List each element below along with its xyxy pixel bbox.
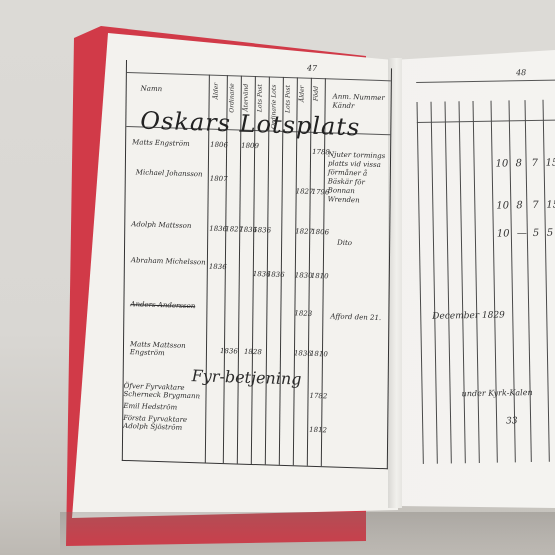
entry-value: 15 <box>546 200 555 211</box>
column-rule <box>473 101 480 463</box>
row-value: 1810 <box>310 350 328 359</box>
row-name: Abraham Michelsson <box>131 256 206 266</box>
row-value: 1807 <box>210 175 228 184</box>
header-col: Återvänd <box>242 84 249 112</box>
entry-value: 8 <box>516 200 523 211</box>
entry-value: 15 <box>546 158 555 169</box>
entry-value: 7 <box>532 158 539 169</box>
entry-value: 10 <box>496 200 509 211</box>
column-rule <box>445 101 452 463</box>
row-value: 1810 <box>311 272 329 281</box>
row-name: Adolph Mattsson <box>131 220 191 230</box>
row-name: Michael Johansson <box>136 168 203 178</box>
left-ledger-table: Namn 47 Ålder Ordinarie Återvänd Lots Po… <box>122 60 392 469</box>
row-value: 1836 <box>253 226 271 235</box>
row-value: 1812 <box>309 426 327 435</box>
row-value: 1823 <box>294 309 312 318</box>
row-value: 1836 <box>209 263 227 272</box>
row-name: Emil Hedström <box>123 402 177 412</box>
header-col: Ålder <box>213 83 220 100</box>
column-rule <box>431 102 438 464</box>
row-value: 1809 <box>241 142 259 151</box>
header-col: Ålder <box>299 85 306 102</box>
row-value: 1836 <box>220 347 238 356</box>
book-shadow <box>60 512 555 555</box>
entry-value: — <box>517 228 527 239</box>
book-photo: Namn 47 Ålder Ordinarie Återvänd Lots Po… <box>0 0 555 555</box>
row-name: Öfver Fyrvaktare Scherneck Brygmann <box>123 382 203 401</box>
header-col: Född <box>313 86 320 101</box>
right-ledger-table: 48 10 8 7 15 10 8 7 15 10 — 5 5 December… <box>416 69 555 464</box>
header-bottom-rule <box>417 119 555 123</box>
row-note: Afford den 21. <box>330 312 381 323</box>
row-name: Första Fyrvaktare Adolph Sjöström <box>123 414 203 433</box>
header-name: Namn <box>141 84 163 93</box>
row-value: 1796 <box>312 188 330 197</box>
row-name-struck: Anders Andersson <box>130 300 195 310</box>
ledger-title: Oskars Lotsplats <box>140 106 360 141</box>
row-value: 1806 <box>210 141 228 150</box>
row-value: 1836 <box>267 270 285 279</box>
row-value: 1782 <box>309 392 327 401</box>
header-top-rule <box>127 72 391 81</box>
header-remarks: Anm. Nummer Kändr <box>333 92 389 112</box>
date-note: December 1829 <box>432 310 505 321</box>
column-rule <box>543 100 550 462</box>
row-value: 1828 <box>244 348 262 357</box>
bottom-mark: 33 <box>506 416 518 426</box>
left-page-number: 47 <box>307 64 317 73</box>
entry-value: 5 <box>533 228 540 239</box>
right-page-number: 48 <box>516 68 526 77</box>
entry-value: 10 <box>496 158 509 169</box>
header-col: Lots Post <box>284 85 291 113</box>
entry-value: 10 <box>497 228 510 239</box>
column-rule <box>525 100 532 462</box>
column-rule <box>459 101 466 463</box>
row-value: 1806 <box>311 228 329 237</box>
row-name: Matts Mattsson Engström <box>130 340 200 358</box>
entry-value: 7 <box>532 200 539 211</box>
row-note: Njuter tormings platts vid vissa förmåne… <box>328 150 389 206</box>
row-name: Matts Engström <box>132 138 190 148</box>
header-top-rule <box>416 79 555 83</box>
entry-value: 8 <box>516 158 523 169</box>
section-title: Fyr-betjening <box>192 366 302 388</box>
bottom-note: under Kyrk-Kalen <box>462 388 533 398</box>
column-rule <box>491 101 498 463</box>
column-rule <box>509 100 516 462</box>
row-note: Dito <box>337 239 352 248</box>
header-col: Lots Post <box>256 84 263 112</box>
entry-value: 5 <box>547 228 554 239</box>
